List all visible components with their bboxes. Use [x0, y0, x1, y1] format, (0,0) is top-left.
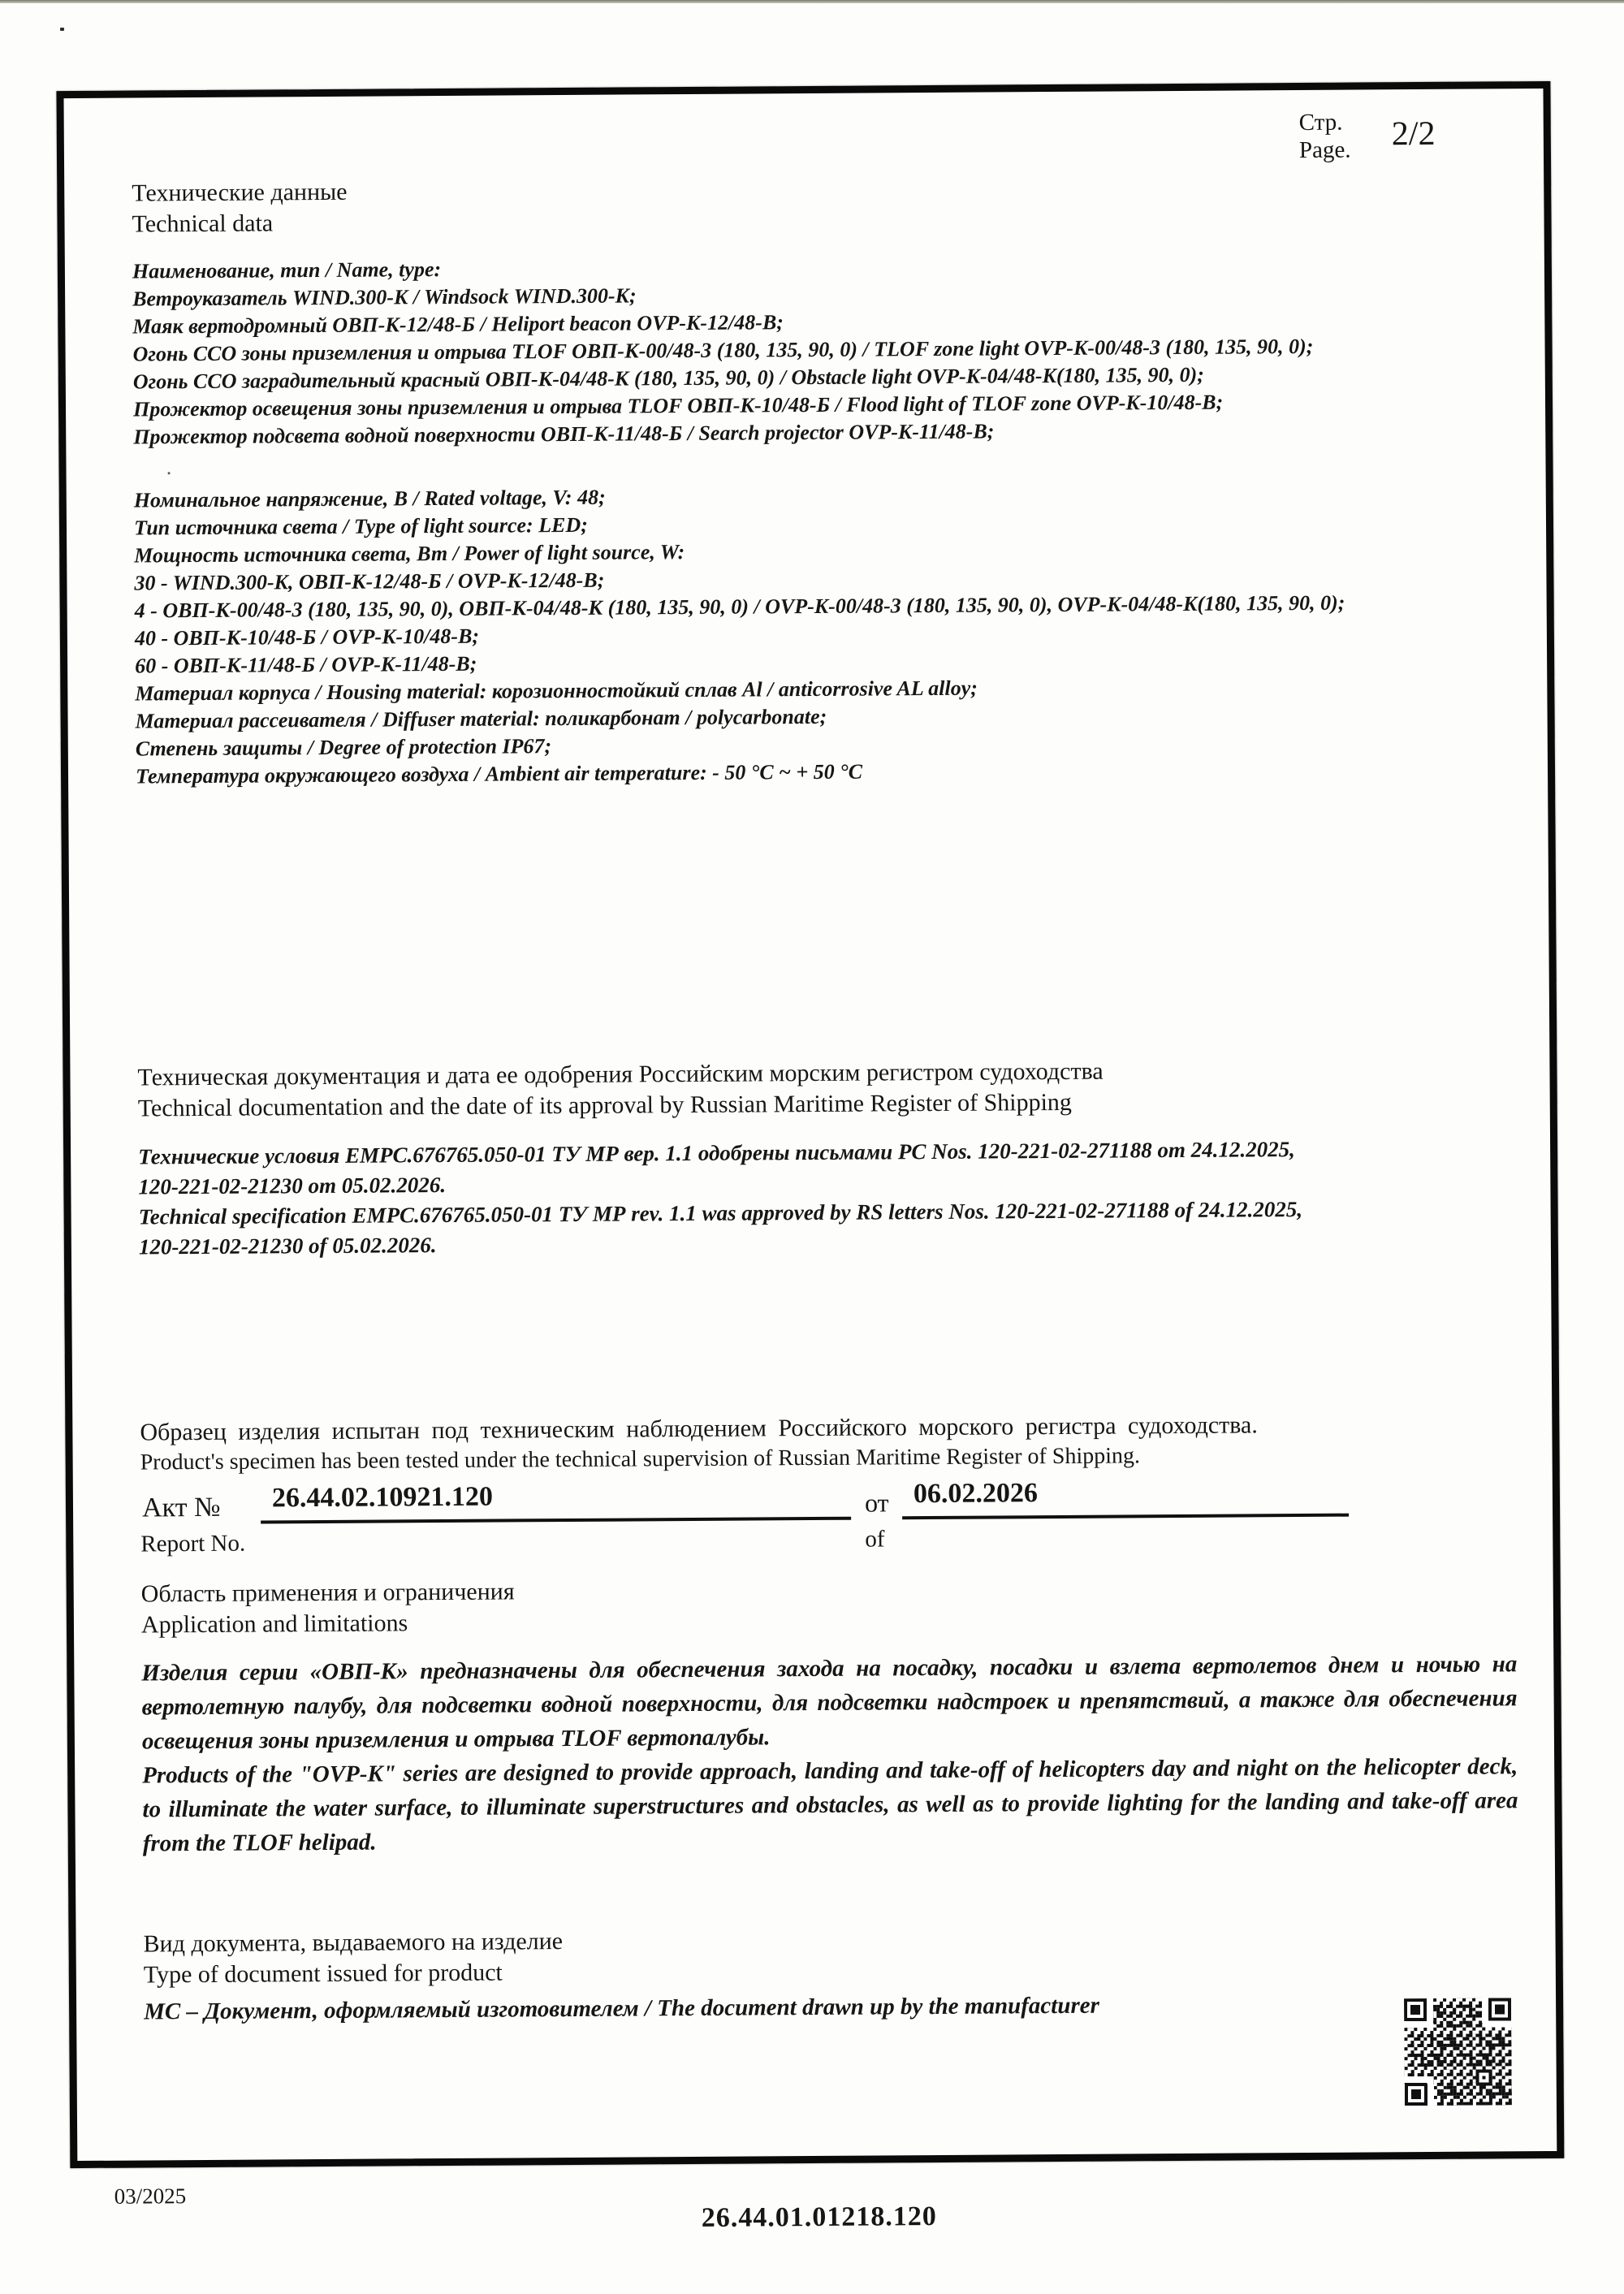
spec-list: Номинальное напряжение, В / Rated voltag… — [134, 479, 1346, 791]
page-number-value: 2/2 — [1392, 114, 1436, 153]
form-number: 26.44.01.01218.120 — [7, 2197, 1624, 2238]
name-type-list: Наименование, тип / Name, type: Ветроука… — [132, 250, 1314, 451]
qr-code — [1404, 1998, 1512, 2106]
qr-code-image — [1404, 1998, 1512, 2106]
documentation-heading: Техническая документация и дата ее одобр… — [137, 1056, 1104, 1125]
application-body: Изделия серии «ОВП-К» предназначены для … — [141, 1647, 1518, 1860]
technical-data-title-ru: Технические данные — [132, 177, 348, 210]
scanned-page: Стр. Page. 2/2 Технические данные Techni… — [0, 0, 1624, 2294]
report-no-label-ru: Акт № — [142, 1493, 221, 1524]
application-body-ru: Изделия серии «ОВП-К» предназначены для … — [141, 1647, 1518, 1758]
page-label-ru: Стр. — [1299, 109, 1351, 136]
report-date-value: 06.02.2026 — [902, 1476, 1349, 1520]
report-number-value: 26.44.02.10921.120 — [261, 1480, 851, 1524]
document-type-heading: Вид документа, выдаваемого на изделие Ty… — [143, 1926, 563, 1990]
document-type-title-ru: Вид документа, выдаваемого на изделие — [143, 1926, 563, 1959]
report-date-label-en: of — [865, 1526, 884, 1553]
application-body-en: Products of the "OVP-K" series are desig… — [142, 1749, 1518, 1860]
documentation-body: Технические условия ЕМРС.676765.050-01 Т… — [138, 1133, 1535, 1262]
application-heading: Область применения и ограничения Applica… — [141, 1576, 515, 1640]
scan-speck-artifact — [168, 472, 171, 474]
report-no-label-en: Report No. — [140, 1531, 245, 1558]
edition-date: 03/2025 — [114, 2184, 187, 2210]
document-type-title-en: Type of document issued for product — [144, 1957, 564, 1990]
technical-data-heading: Технические данные Technical data — [132, 177, 348, 240]
report-date-label-ru: от — [865, 1488, 889, 1518]
application-title-ru: Область применения и ограничения — [141, 1576, 515, 1609]
documentation-title-en: Technical documentation and the date of … — [138, 1087, 1104, 1125]
technical-data-title-en: Technical data — [132, 208, 348, 240]
page-label-en: Page. — [1299, 136, 1351, 164]
page-number-labels: Стр. Page. — [1299, 109, 1351, 164]
application-title-en: Application and limitations — [141, 1607, 515, 1640]
testing-statement: Образец изделия испытан под техническим … — [140, 1408, 1516, 1477]
